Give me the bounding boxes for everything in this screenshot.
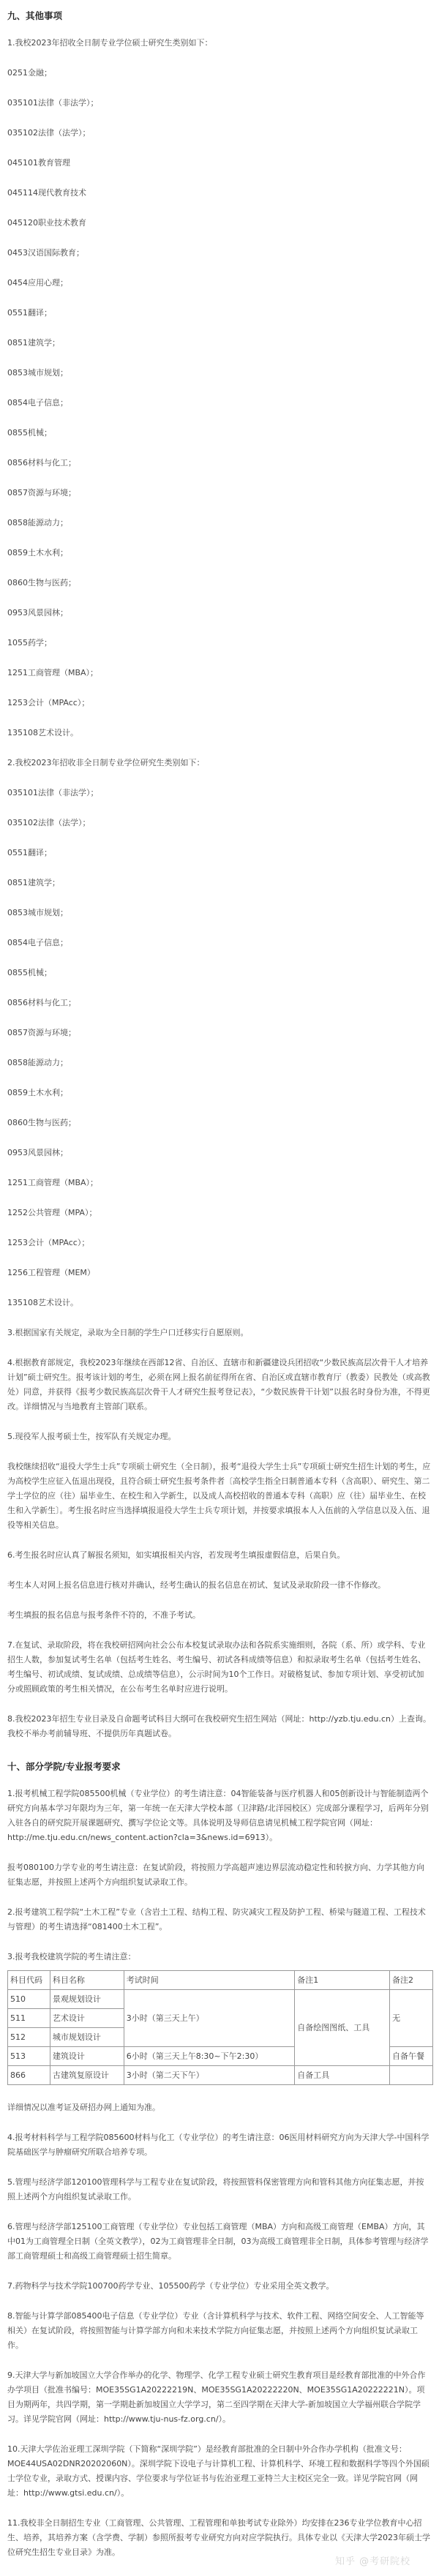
paragraph: 5.管理与经济学部120100管理科学与工程专业在复试阶段，将按照管科保密管理方…	[7, 2175, 432, 2204]
subject-name: 景观规划设计	[50, 1990, 124, 2009]
paragraph: 8.智能与计算学部085400电子信息（专业学位）专业（含计算机科学与技术、软件…	[7, 2309, 432, 2353]
list-item: 0853城市规划；	[7, 366, 432, 396]
section-9-title: 九、其他事项	[7, 6, 432, 36]
list-item: 1253会计（MPAcc）；	[7, 696, 432, 726]
paragraph: 2.报考建筑工程学院“土木工程”专业（含岩土工程、结构工程、防灾减灾工程及防护工…	[7, 1905, 432, 1934]
paragraph: 8.我校2023年招生专业目录及自命题考试科目大纲可在我校研究生招生网站（网址：…	[7, 1712, 432, 1741]
note2: 无	[390, 1990, 433, 2047]
list-item: 0251金融；	[7, 66, 432, 96]
paragraph: 报考080100力学专业的考生请注意：在复试阶段，将按照力学高超声速边界层流动稳…	[7, 1860, 432, 1890]
table-header: 考试时间	[124, 1971, 295, 1990]
subject-name: 古建筑复原设计	[50, 2066, 124, 2085]
watermark: 知乎 @考研院校	[335, 2553, 410, 2567]
paragraph: 10.天津大学佐治亚理工深圳学院（下简称“深圳学院”）是经教育部批准的全日制中外…	[7, 2442, 432, 2501]
paragraph: 详细情况以准考证及研招办网上通知为准。	[7, 2100, 432, 2115]
list-item: 0953风景园林；	[7, 606, 432, 636]
exam-time: 3小时（第三天上午）	[124, 1990, 295, 2047]
paragraph: 考生填报的报名信息与报考条件不符的，不准予考试。	[7, 1608, 432, 1623]
article-body: 九、其他事项 1.我校2023年招收全日制专业学位硕士研究生类别如下： 0251…	[0, 0, 439, 2560]
list-item: 035101法律（非法学）；	[7, 786, 432, 816]
list-item: 0953风景园林；	[7, 1146, 432, 1176]
table-header: 科目代码	[8, 1971, 50, 1990]
note2: 自备午餐	[390, 2047, 433, 2066]
table-row: 510 景观规划设计 3小时（第三天上午） 自备绘图图纸、工具 无	[8, 1990, 433, 2009]
list-item: 1253会计（MPAcc）；	[7, 1236, 432, 1266]
list-item: 0856材料与化工；	[7, 456, 432, 486]
paragraph: 7.药物科学与技术学院100700药学专业、105500药学（专业学位）专业采用…	[7, 2279, 432, 2294]
list-item: 1252公共管理（MPA）；	[7, 1206, 432, 1236]
exam-time: 3小时（第二天下午）	[124, 2066, 295, 2085]
list-item: 1251工商管理（MBA）；	[7, 666, 432, 696]
table-header: 科目名称	[50, 1971, 124, 1990]
list-item: 0859土木水利；	[7, 546, 432, 576]
subject-code: 866	[8, 2066, 50, 2085]
paragraph: 我校继续招收“退役大学生士兵”专项硕士研究生（全日制），报考“退役大学生士兵”专…	[7, 1460, 432, 1533]
list-item: 135108艺术设计。	[7, 1296, 432, 1326]
list-item: 035101法律（非法学）；	[7, 96, 432, 126]
paragraph: 6.管理与经济学部125100工商管理（专业学位）专业包括工商管理（MBA）方向…	[7, 2220, 432, 2264]
table-header: 备注1	[295, 1971, 390, 1990]
fulltime-degree-list: 0251金融； 035101法律（非法学）； 035102法律（法学）； 045…	[7, 66, 432, 756]
subject-code: 510	[8, 1990, 50, 2009]
list-item: 0854电子信息；	[7, 936, 432, 966]
list-item: 1055药学；	[7, 636, 432, 666]
list-item: 0856材料与化工；	[7, 996, 432, 1026]
architecture-exam-table: 科目代码 科目名称 考试时间 备注1 备注2 510 景观规划设计 3小时（第三…	[7, 1970, 433, 2085]
list-item: 1256工程管理（MEM）	[7, 1266, 432, 1296]
paragraph: 3.报考我校建筑学院的考生请注意：	[7, 1950, 432, 1964]
list-item: 135108艺术设计。	[7, 726, 432, 756]
list-item: 0860生物与医药；	[7, 1116, 432, 1146]
subject-code: 513	[8, 2047, 50, 2066]
list-item: 035102法律（法学）；	[7, 816, 432, 846]
subject-code: 511	[8, 2009, 50, 2028]
list-item: 0854电子信息；	[7, 396, 432, 426]
list-item: 045101教育管理	[7, 156, 432, 186]
list-item: 0551翻译；	[7, 306, 432, 336]
table-header: 备注2	[390, 1971, 433, 1990]
list-item: 035102法律（法学）；	[7, 126, 432, 156]
exam-time: 6小时（第三天上午8:30~下午2:30）	[124, 2047, 295, 2066]
parttime-degree-list: 035101法律（非法学）； 035102法律（法学）； 0551翻译； 085…	[7, 786, 432, 1326]
list-item: 0454应用心理；	[7, 276, 432, 306]
subject-name: 城市规划设计	[50, 2028, 124, 2047]
paragraph: 9.天津大学与新加坡国立大学合作举办的化学、物理学、化学工程专业硕士研究生教育项…	[7, 2368, 432, 2427]
list-item: 0859土木水利；	[7, 1086, 432, 1116]
list-item: 0551翻译；	[7, 846, 432, 876]
fulltime-intro: 1.我校2023年招收全日制专业学位硕士研究生类别如下：	[7, 36, 432, 66]
list-item: 0851建筑学；	[7, 876, 432, 906]
list-item: 0857资源与环境；	[7, 1026, 432, 1056]
list-item: 0855机械；	[7, 966, 432, 996]
paragraph: 6.考生报名时应认真了解报名须知，如实填报相关内容，若发现考生填报虚假信息，后果…	[7, 1548, 432, 1563]
subject-name: 艺术设计	[50, 2009, 124, 2028]
subject-name: 建筑设计	[50, 2047, 124, 2066]
paragraph: 4.根据教育部规定，我校2023年继续在西部12省、自治区、直辖市和新疆建设兵团…	[7, 1356, 432, 1414]
note1: 自备绘图图纸、工具	[295, 1990, 390, 2066]
list-item: 045120职业技术教育	[7, 216, 432, 246]
parttime-intro: 2.我校2023年招收非全日制专业学位研究生类别如下：	[7, 756, 432, 786]
paragraph: 考生本人对网上报名信息进行核对并确认，经考生确认的报名信息在初试、复试及录取阶段…	[7, 1578, 432, 1593]
list-item: 1251工商管理（MBA）；	[7, 1176, 432, 1206]
subject-code: 512	[8, 2028, 50, 2047]
list-item: 0853城市规划；	[7, 906, 432, 936]
paragraph: 1.报考机械工程学院085500机械（专业学位）的考生请注意：04智能装备与医疗…	[7, 1787, 432, 1845]
list-item: 0858能源动力；	[7, 516, 432, 546]
note1: 自备工具	[295, 2066, 390, 2085]
list-item: 0857资源与环境；	[7, 486, 432, 516]
table-row: 866 古建筑复原设计 3小时（第二天下午） 自备工具	[8, 2066, 433, 2085]
list-item: 0855机械；	[7, 426, 432, 456]
note2	[390, 2066, 433, 2085]
list-item: 0453汉语国际教育；	[7, 246, 432, 276]
list-item: 0858能源动力；	[7, 1056, 432, 1086]
paragraph: 7.在复试、录取阶段，将在我校研招网向社会公布本校复试录取办法和各院系实施细则，…	[7, 1638, 432, 1697]
paragraph: 3.根据国家有关规定，录取为全日制的学生户口迁移实行自愿原则。	[7, 1326, 432, 1340]
table-header-row: 科目代码 科目名称 考试时间 备注1 备注2	[8, 1971, 433, 1990]
section-10-title: 十、部分学院/专业报考要求	[7, 1757, 432, 1787]
list-item: 0860生物与医药；	[7, 576, 432, 606]
paragraph: 4.报考材料科学与工程学院085600材料与化工（专业学位）的考生请注意：06医…	[7, 2130, 432, 2160]
list-item: 0851建筑学；	[7, 336, 432, 366]
list-item: 045114现代教育技术	[7, 186, 432, 216]
paragraph: 5.现役军人报考硕士生，按军队有关规定办理。	[7, 1430, 432, 1444]
